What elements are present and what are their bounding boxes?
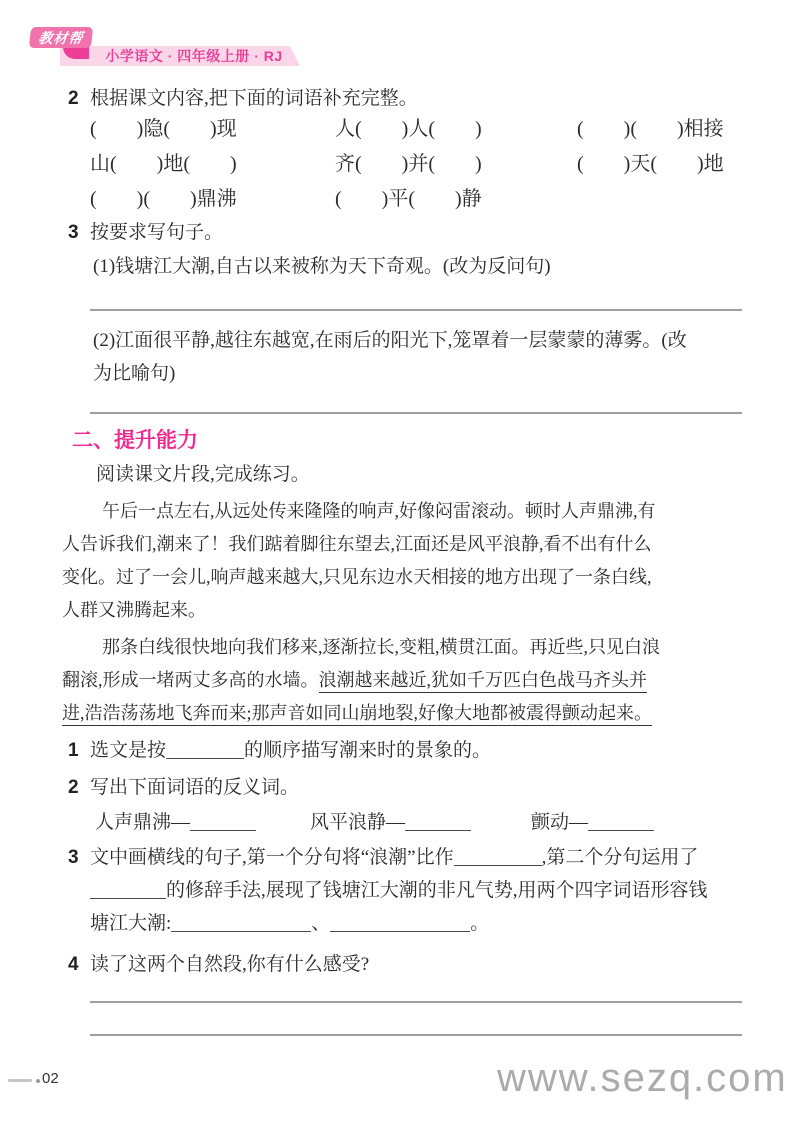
question-prompt: 按要求写句子。 xyxy=(90,216,753,249)
reading-question-2: 2 写出下面词语的反义词。 xyxy=(60,771,753,804)
answer-blank xyxy=(330,915,470,932)
passage-line: 变化。过了一会儿,响声越来越大,只见东边水天相接的地方出现了一条白线, xyxy=(62,561,745,594)
word-cell: 人( )人( ) xyxy=(335,112,577,147)
line-text: 、 xyxy=(311,913,330,934)
watermark: www.sezq.com xyxy=(497,1056,788,1101)
question-text: 选文是按的顺序描写潮来时的景象的。 xyxy=(90,734,753,767)
question-line-1: 文中画横线的句子,第一个分句将“浪潮”比作,第二个分句运用了 xyxy=(90,841,753,874)
word-cell: ( )平( )静 xyxy=(335,182,577,217)
word-cell: ( )天( )地 xyxy=(577,147,745,182)
line-text: 塘江大潮: xyxy=(90,913,171,934)
reading-question-3: 3 文中画横线的句子,第一个分句将“浪潮”比作,第二个分句运用了 的修辞手法,展… xyxy=(60,841,753,940)
question-number: 2 xyxy=(68,771,90,804)
question-number: 2 xyxy=(68,82,90,115)
question-prompt: 写出下面词语的反义词。 xyxy=(90,771,753,804)
antonym-word: 颤动— xyxy=(531,812,588,833)
answer-line xyxy=(90,1034,742,1036)
question-number: 3 xyxy=(68,841,90,874)
brand-badge: 教材帮 xyxy=(29,27,93,48)
question-line-3: 塘江大潮:、。 xyxy=(90,907,753,940)
answer-blank xyxy=(166,742,244,759)
antonym-row: 人声鼎沸— 风平浪静— 颤动— xyxy=(95,806,745,839)
question-number: 1 xyxy=(68,734,90,767)
answer-line xyxy=(90,309,742,311)
reading-intro: 阅读课文片段,完成练习。 xyxy=(96,458,781,491)
question-prompt: 读了这两个自然段,你有什么感受? xyxy=(90,948,753,981)
word-cell: ( )( )相接 xyxy=(577,112,745,147)
word-row: 山( )地( ) 齐( )并( ) ( )天( )地 xyxy=(90,147,745,182)
question-text: 文中画横线的句子,第一个分句将“浪潮”比作,第二个分句运用了 的修辞手法,展现了… xyxy=(90,841,753,940)
question-number: 4 xyxy=(68,948,90,981)
reading-question-4: 4 读了这两个自然段,你有什么感受? xyxy=(60,948,753,981)
passage-line: 人告诉我们,潮来了！我们踮着脚往东望去,江面还是风平浪静,看不出有什么 xyxy=(62,528,745,561)
underlined-sentence: 进,浩浩荡荡地飞奔而来;那声音如同山崩地裂,好像大地都被震得颤动起来。 xyxy=(62,703,652,726)
answer-line xyxy=(90,1001,742,1003)
word-row: ( )( )鼎沸 ( )平( )静 xyxy=(90,182,745,217)
question-text-after: 的顺序描写潮来时的景象的。 xyxy=(244,740,491,761)
sub-question-2: (2)江面很平静,越往东越宽,在雨后的阳光下,笼罩着一层蒙蒙的薄雾。(改 为比喻… xyxy=(93,324,743,390)
sub-question-1: (1)钱塘江大潮,自古以来被称为天下奇观。(改为反问句) xyxy=(93,250,743,283)
page-number-dot xyxy=(36,1079,40,1083)
answer-blank xyxy=(171,915,311,932)
page-number-dash xyxy=(8,1079,32,1082)
answer-line xyxy=(90,412,742,414)
answer-blank xyxy=(90,882,166,899)
answer-blank xyxy=(588,814,654,831)
antonym-word: 风平浪静— xyxy=(310,812,405,833)
word-cell: 山( )地( ) xyxy=(90,147,335,182)
antonym-word: 人声鼎沸— xyxy=(95,812,190,833)
passage-text: 翻滚,形成一堵两丈多高的水墙。 xyxy=(62,670,319,690)
sub-question-2-line-1: (2)江面很平静,越往东越宽,在雨后的阳光下,笼罩着一层蒙蒙的薄雾。(改 xyxy=(93,324,743,357)
answer-blank xyxy=(190,814,256,831)
passage-line: 那条白线很快地向我们移来,逐渐拉长,变粗,横贯江面。再近些,只见白浪 xyxy=(62,631,745,664)
line-text: 。 xyxy=(470,913,489,934)
word-cell: 齐( )并( ) xyxy=(335,147,577,182)
line-text: 文中画横线的句子,第一个分句将“浪潮”比作 xyxy=(90,847,454,868)
word-row: ( )隐( )现 人( )人( ) ( )( )相接 xyxy=(90,112,745,147)
passage-line: 翻滚,形成一堵两丈多高的水墙。浪潮越来越近,犹如千万匹白色战马齐头并 xyxy=(62,664,745,697)
line-text: ,第二个分句运用了 xyxy=(542,847,699,868)
workbook-page: 教材帮 小学语文 · 四年级上册 · RJ 2 根据课文内容,把下面的词语补充完… xyxy=(0,0,800,1131)
passage-paragraph-1: 午后一点左右,从远处传来隆隆的响声,好像闷雷滚动。顿时人声鼎沸,有 人告诉我们,… xyxy=(62,495,745,627)
passage-paragraph-2: 那条白线很快地向我们移来,逐渐拉长,变粗,横贯江面。再近些,只见白浪 翻滚,形成… xyxy=(62,631,745,730)
sub-question-2-line-2: 为比喻句) xyxy=(93,357,743,390)
question-3: 3 按要求写句子。 xyxy=(60,216,753,249)
question-prompt: 根据课文内容,把下面的词语补充完整。 xyxy=(90,82,753,115)
passage-line: 人群又沸腾起来。 xyxy=(62,594,745,627)
book-title-ribbon: 小学语文 · 四年级上册 · RJ xyxy=(60,46,300,66)
word-cell: ( )隐( )现 xyxy=(90,112,335,147)
passage-line: 午后一点左右,从远处传来隆隆的响声,好像闷雷滚动。顿时人声鼎沸,有 xyxy=(62,495,745,528)
antonym-item: 人声鼎沸— xyxy=(95,806,310,839)
antonym-item: 风平浪静— xyxy=(310,806,531,839)
reading-question-1: 1 选文是按的顺序描写潮来时的景象的。 xyxy=(60,734,753,767)
answer-blank xyxy=(405,814,471,831)
page-number: 02 xyxy=(42,1070,59,1087)
question-2: 2 根据课文内容,把下面的词语补充完整。 xyxy=(60,82,753,115)
antonym-item: 颤动— xyxy=(531,806,745,839)
word-cell xyxy=(577,182,745,217)
passage-line: 进,浩浩荡荡地飞奔而来;那声音如同山崩地裂,好像大地都被震得颤动起来。 xyxy=(62,697,745,730)
question-text-before: 选文是按 xyxy=(90,740,166,761)
word-grid: ( )隐( )现 人( )人( ) ( )( )相接 山( )地( ) 齐( )… xyxy=(90,112,745,217)
question-line-2: 的修辞手法,展现了钱塘江大潮的非凡气势,用两个四字词语形容钱 xyxy=(90,874,753,907)
word-cell: ( )( )鼎沸 xyxy=(90,182,335,217)
section-heading: 二、提升能力 xyxy=(72,424,757,457)
line-text: 的修辞手法,展现了钱塘江大潮的非凡气势,用两个四字词语形容钱 xyxy=(166,880,708,901)
underlined-sentence: 浪潮越来越近,犹如千万匹白色战马齐头并 xyxy=(319,670,648,693)
answer-blank xyxy=(454,849,542,866)
question-number: 3 xyxy=(68,216,90,249)
